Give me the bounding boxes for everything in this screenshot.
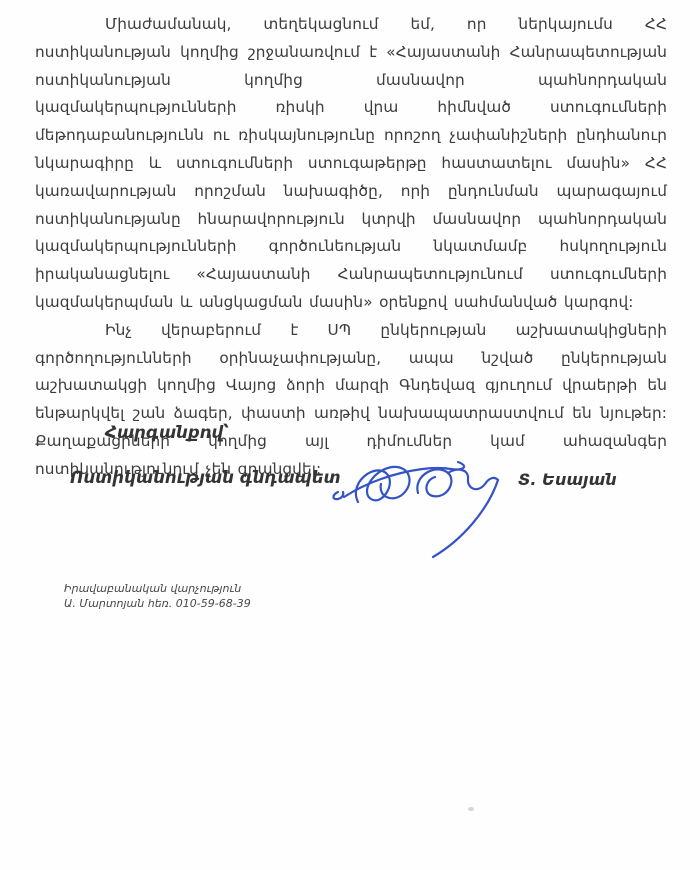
footer-department: Իրավաբանական վարչություն — [64, 581, 251, 596]
letter-paragraph-1: Միաժամանակ, տեղեկացնում եմ, որ ներկայում… — [35, 11, 667, 317]
closing-salutation: Հարգանքով՝ — [105, 423, 229, 442]
scan-artifact-speck — [468, 807, 474, 811]
signer-title: Ոստիկանության գնդապետ — [70, 468, 341, 487]
signer-name: Տ. Եսայան — [518, 470, 617, 489]
scanned-letter-page: Միաժամանակ, տեղեկացնում եմ, որ ներկայում… — [0, 0, 700, 870]
letter-body: Միաժամանակ, տեղեկացնում եմ, որ ներկայում… — [35, 11, 667, 484]
footer-contact-block: Իրավաբանական վարչություն Ա. Մարտոյան հեռ… — [64, 581, 251, 611]
handwritten-signature-icon — [330, 450, 532, 564]
footer-contact: Ա. Մարտոյան հեռ. 010-59-68-39 — [64, 596, 251, 611]
